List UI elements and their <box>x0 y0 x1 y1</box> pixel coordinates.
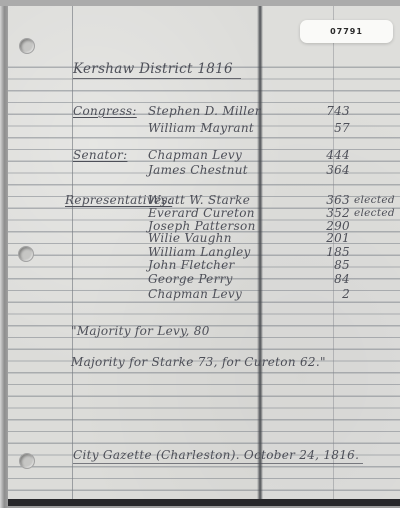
vote-count: 57 <box>295 121 350 135</box>
vote-count: 2 <box>295 287 350 301</box>
vote-count: 201 <box>295 231 350 245</box>
note-text: Majority for Starke 73, for Cureton 62." <box>71 355 326 369</box>
candidate-name: John Fletcher <box>148 258 235 272</box>
vote-count: 85 <box>295 258 350 272</box>
candidate-row: Wilie Vaughn 201 <box>0 231 400 246</box>
candidate-name: James Chestnut <box>148 163 248 177</box>
vote-count: 363 <box>295 193 350 207</box>
source-citation: City Gazette (Charleston). October 24, 1… <box>73 448 400 463</box>
vote-count: 364 <box>295 163 350 177</box>
citation-text: City Gazette (Charleston). October 24, 1… <box>73 448 363 464</box>
candidate-row: Senator: Chapman Levy 444 <box>0 148 400 163</box>
candidate-name: Chapman Levy <box>148 148 242 162</box>
candidate-name: Stephen D. Miller <box>148 104 261 118</box>
elected-note: elected <box>354 207 395 219</box>
catalog-label: 07791 <box>300 20 393 43</box>
candidate-row: James Chestnut 364 <box>0 163 400 178</box>
candidate-name: Wilie Vaughn <box>148 231 232 245</box>
majority-note-2: Majority for Starke 73, for Cureton 62." <box>71 355 400 370</box>
vote-count: 185 <box>295 245 350 259</box>
candidate-name: William Langley <box>148 245 251 259</box>
candidate-row: Congress: Stephen D. Miller 743 <box>0 104 400 119</box>
scanned-document-page: 07791 Kershaw District 1816 Congress: St… <box>0 0 400 508</box>
catalog-number: 07791 <box>330 27 363 36</box>
scan-bottom-edge <box>8 499 400 506</box>
candidate-name: Everard Cureton <box>148 206 255 220</box>
elected-note: elected <box>354 194 395 206</box>
office-label-congress: Congress: <box>73 104 137 118</box>
candidate-name: Wyatt W. Starke <box>148 193 250 207</box>
page-title-text: Kershaw District 1816 <box>73 61 241 79</box>
vote-count: 84 <box>295 272 350 286</box>
vote-count: 444 <box>295 148 350 162</box>
punch-hole-top <box>19 38 35 54</box>
candidate-name: William Mayrant <box>148 121 254 135</box>
candidate-name: Chapman Levy <box>148 287 242 301</box>
majority-note-1: "Majority for Levy, 80 <box>71 324 400 339</box>
note-text: "Majority for Levy, 80 <box>71 324 210 338</box>
vote-count: 743 <box>295 104 350 118</box>
punch-hole-bottom <box>19 453 35 469</box>
vote-count: 352 <box>295 206 350 220</box>
candidate-row: George Perry 84 <box>0 272 400 287</box>
candidate-name: George Perry <box>148 272 233 286</box>
candidate-row: John Fletcher 85 <box>0 258 400 273</box>
office-label-senator: Senator: <box>73 148 127 162</box>
scan-top-edge <box>0 0 400 6</box>
page-title: Kershaw District 1816 <box>73 61 323 76</box>
candidate-row: William Mayrant 57 <box>0 121 400 136</box>
candidate-row: Chapman Levy 2 <box>0 287 400 302</box>
